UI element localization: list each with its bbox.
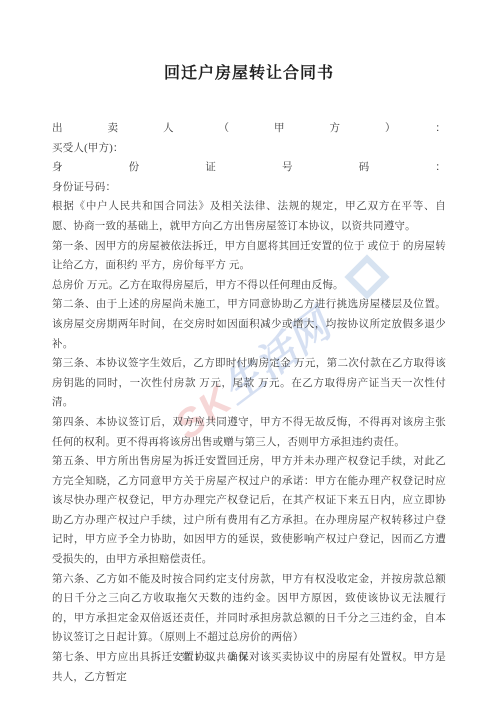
page-title: 回迁户房屋转让合同书 (52, 63, 446, 85)
contract-paragraph: 身份证号码： (52, 178, 446, 198)
contract-paragraph: 身份证号码： (52, 158, 446, 178)
contract-paragraph: 总房价 万元。乙方在取得房屋后，甲方不得以任何理由反悔。 (52, 276, 446, 296)
contract-body: 出卖人（甲方）：买受人(甲方)：身份证号码：身份证号码：根据《中户人民共和国合同… (52, 119, 446, 687)
contract-paragraph: 第五条、甲方所出售房屋为拆迁安置回迁房，甲方并未办理产权登记手续，对此乙方完全知… (52, 452, 446, 570)
contract-paragraph: 第一条、因甲方的房屋被依法拆迁，甲方自愿将其回迁安置的位于 或位于 的房屋转让给… (52, 237, 446, 276)
contract-paragraph: 第三条、本协议签字生效后，乙方即时付购房定金 万元，第二次付款在乙方取得该房钥匙… (52, 354, 446, 413)
contract-content: 回迁户房屋转让合同书 出卖人（甲方）：买受人(甲方)：身份证号码：身份证号码：根… (52, 63, 446, 687)
page-footer: 第 1 页 共 2 页 (0, 650, 430, 663)
contract-paragraph: 出卖人（甲方）： (52, 119, 446, 139)
contract-paragraph: 买受人(甲方)： (52, 139, 446, 159)
contract-paragraph: 第二条、由于上述的房屋尚未施工，甲方同意协助乙方进行挑选房屋楼层及位置。该房屋交… (52, 295, 446, 354)
contract-paragraph: 第六条、乙方如不能及时按合同约定支付房款，甲方有权没收定金，并按房款总额的日千分… (52, 570, 446, 648)
contract-page: SK生活网 回迁户房屋转让合同书 出卖人（甲方）：买受人(甲方)：身份证号码：身… (0, 0, 500, 706)
contract-paragraph: 第四条、本协议签订后，双方应共同遵守，甲方不得无故反悔，不得再对该房主张任何的权… (52, 413, 446, 452)
contract-paragraph: 根据《中户人民共和国合同法》及相关法律、法规的规定，甲乙双方在平等、自愿、协商一… (52, 197, 446, 236)
page-number-label: 第 1 页 共 2 页 (181, 652, 248, 662)
